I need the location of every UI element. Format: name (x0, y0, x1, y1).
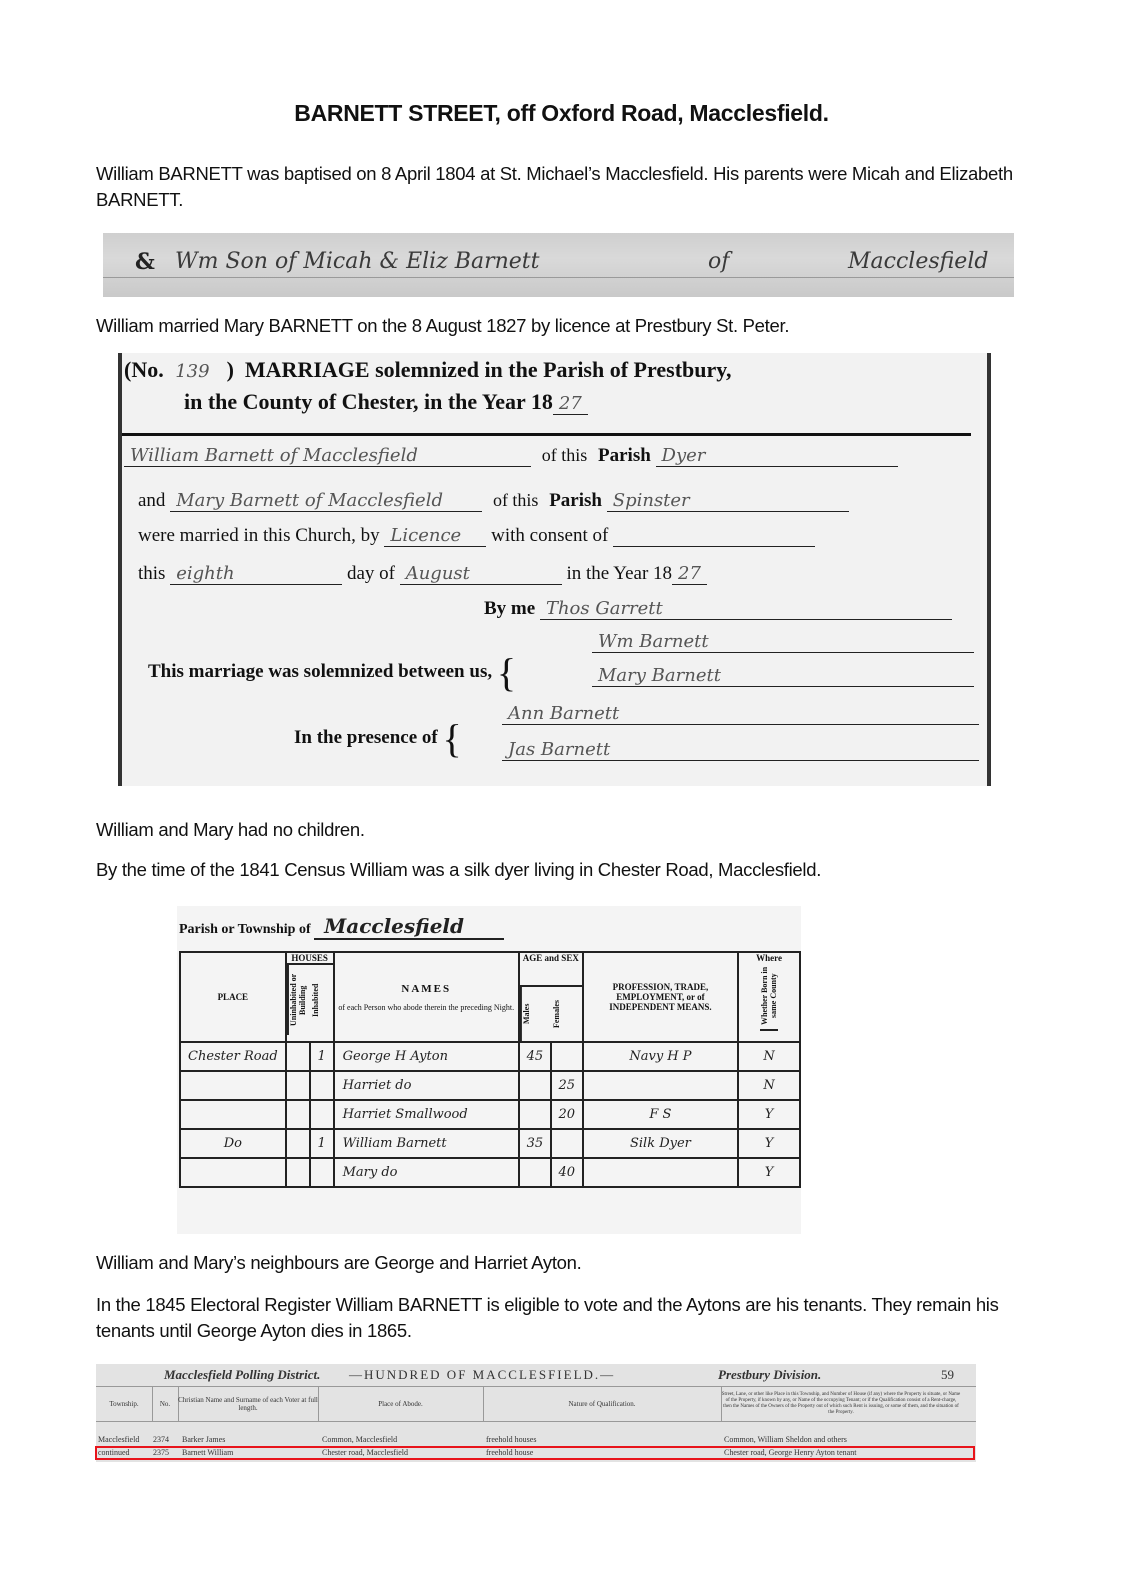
bride-occupation: Spinster (607, 490, 849, 512)
census-paragraph: By the time of the 1841 Census William w… (96, 857, 1026, 883)
table-row: Harriet Smallwood 20 F SY (180, 1100, 800, 1129)
parish-label: Parish (598, 445, 651, 466)
township-label: Parish or Township of (179, 922, 311, 937)
solemnized-between-label: This marriage was solemnized between us, (148, 661, 492, 682)
minister-signature: Thos Garrett (540, 598, 952, 620)
bride-signature: Mary Barnett (592, 665, 974, 687)
divider-rule (122, 433, 971, 436)
baptism-place: Macclesfield (848, 249, 988, 274)
electoral-paragraph: In the 1845 Electoral Register William B… (96, 1292, 1026, 1344)
children-paragraph: William and Mary had no children. (96, 817, 1026, 843)
ruled-line (103, 277, 1014, 278)
register-column-headers: Township. No. Christian Name and Surname… (96, 1386, 976, 1422)
month-handwritten: August (400, 563, 562, 585)
groom-signature: Wm Barnett (592, 631, 974, 653)
col-houses: HOUSES (287, 953, 333, 963)
baptism-entry: Wm Son of Micah & Eliz Barnett (175, 249, 539, 274)
census-table: PLACE HOUSES Uninhabited or Building Inh… (179, 951, 801, 1188)
col-profession: PROFESSION, TRADE, EMPLOYMENT, or of IND… (583, 952, 738, 1042)
marriage-heading-1: MARRIAGE solemnized in the Parish of Pre… (245, 357, 732, 382)
col-place: PLACE (180, 952, 286, 1042)
by-licence: Licence (384, 525, 486, 547)
township-handwritten: Macclesfield (314, 914, 504, 940)
col-names: NAMES (335, 983, 518, 995)
bride-name: Mary Barnett of Macclesfield (170, 490, 482, 512)
baptism-of: of (708, 249, 729, 274)
brace-icon: { (442, 716, 461, 761)
baptism-record-image: & Wm Son of Micah & Eliz Barnett of Macc… (103, 233, 1014, 297)
were-married-label: were married in this Church, by (138, 525, 380, 546)
marriage-paragraph: William married Mary BARNETT on the 8 Au… (96, 313, 1026, 339)
brace-icon: { (497, 650, 516, 695)
marriage-heading-2: in the County of Chester, in the Year 18 (184, 389, 553, 414)
witness-2-signature: Jas Barnett (502, 739, 979, 761)
col-age-sex: AGE and SEX (520, 953, 582, 985)
groom-name: William Barnett of Macclesfield (124, 445, 531, 467)
number-label: (No. (124, 357, 164, 382)
page-title: BARNETT STREET, off Oxford Road, Maccles… (0, 100, 1123, 127)
page-number: 59 (941, 1367, 954, 1383)
ampersand-mark: & (135, 249, 155, 275)
register-heading-left: Macclesfield Polling District. (164, 1367, 320, 1383)
witness-1-signature: Ann Barnett (502, 703, 979, 725)
presence-label: In the presence of (294, 727, 438, 748)
by-me-label: By me (484, 598, 535, 619)
neighbours-paragraph: William and Mary’s neighbours are George… (96, 1250, 1026, 1276)
marriage-record-image: (No. 139 ) MARRIAGE solemnized in the Pa… (118, 353, 991, 786)
table-row: Do1 William Barnett 35 Silk DyerY (180, 1129, 800, 1158)
table-row: Chester Road1 George H Ayton 45 Navy H P… (180, 1042, 800, 1071)
day-handwritten: eighth (170, 563, 342, 585)
register-heading-mid: —HUNDRED OF MACCLESFIELD.— (349, 1367, 615, 1383)
table-row: Mary do 40 Y (180, 1158, 800, 1187)
number-value: 139 (169, 361, 215, 382)
census-record-image: Parish or Township of Macclesfield PLACE… (177, 906, 801, 1234)
year-handwritten: 27 (553, 393, 588, 415)
register-heading-right: Prestbury Division. (718, 1367, 821, 1383)
table-row: Harriet do 25 N (180, 1071, 800, 1100)
groom-occupation: Dyer (656, 445, 898, 467)
highlight-box (95, 1446, 975, 1460)
baptism-paragraph: William BARNETT was baptised on 8 April … (96, 161, 1026, 213)
